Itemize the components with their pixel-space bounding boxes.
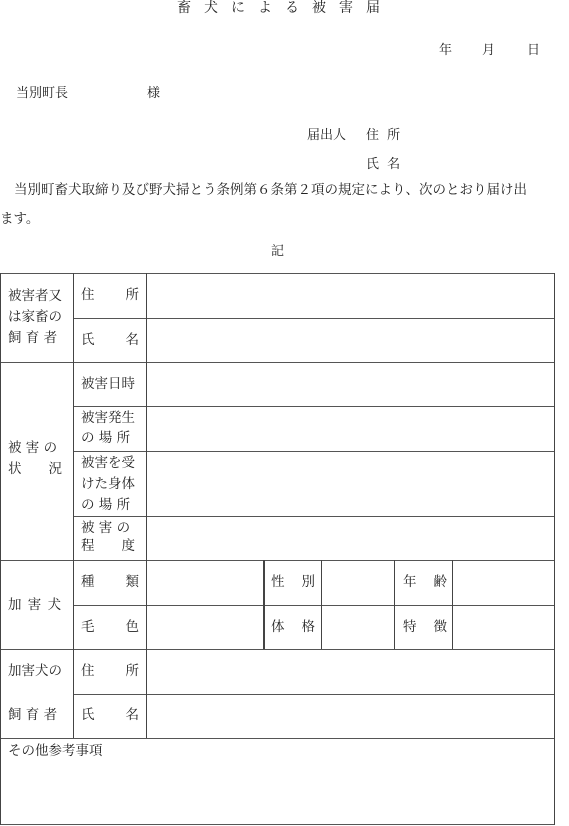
damage-degree-field[interactable] — [147, 517, 554, 560]
victim-name-field[interactable] — [147, 319, 554, 362]
dog-features-label: 特徴 — [403, 617, 447, 638]
applicant-name-label: 氏 名 — [366, 158, 400, 171]
dog-owner-group-label-line1: 加害犬の — [8, 661, 62, 682]
dog-owner-name-field[interactable] — [147, 695, 554, 738]
intro-paragraph-continued: ます。 — [0, 213, 39, 227]
dog-age-label: 年齢 — [403, 572, 447, 593]
victim-address-label: 住所 — [81, 285, 139, 306]
applicant-address-label: 住 所 — [366, 129, 400, 142]
dog-age-field[interactable] — [453, 561, 554, 605]
ki-heading: 記 — [271, 245, 284, 258]
damage-report-table: 被害者又 は家畜の 飼 育 者 住所 氏名 被 害 の 状 況 被害日時 被害発… — [0, 273, 555, 825]
dog-coat-color-label: 毛色 — [81, 617, 139, 638]
dog-owner-group-label-line2: 飼 育 者 — [8, 705, 57, 726]
dog-breed-field[interactable] — [147, 561, 263, 605]
dog-build-label: 体格 — [271, 617, 315, 638]
victim-owner-group-label: 被害者又 は家畜の 飼 育 者 — [8, 286, 68, 349]
form-title: 畜犬による被害届 — [0, 1, 563, 15]
dog-build-field[interactable] — [322, 606, 394, 649]
addressee: 当別町長 — [16, 87, 68, 100]
injured-body-part-label: 被害を受 けた身体 の 場 所 — [81, 453, 135, 516]
other-notes-label: その他参考事項 — [8, 741, 103, 762]
applicant-label: 届出人 — [307, 129, 346, 142]
dog-owner-address-label: 住所 — [81, 661, 139, 682]
honorific: 様 — [147, 87, 160, 100]
dog-owner-address-field[interactable] — [147, 650, 554, 694]
dog-owner-name-label: 氏名 — [81, 705, 139, 726]
dog-coat-color-field[interactable] — [147, 606, 263, 649]
victim-address-field[interactable] — [147, 274, 554, 318]
damage-place-label: 被害発生 の 場 所 — [81, 408, 135, 448]
dog-sex-label: 性別 — [271, 572, 315, 593]
damage-status-group-label: 被 害 の 状 況 — [8, 438, 68, 480]
dog-breed-label: 種類 — [81, 572, 139, 593]
date-month-label: 月 — [482, 44, 495, 57]
damage-place-field[interactable] — [147, 407, 554, 451]
attacking-dog-group-label: 加 害 犬 — [8, 595, 61, 616]
damage-datetime-label: 被害日時 — [81, 374, 135, 395]
victim-name-label: 氏名 — [81, 330, 139, 351]
injured-body-part-field[interactable] — [147, 452, 554, 516]
date-day-label: 日 — [527, 44, 540, 57]
dog-sex-field[interactable] — [322, 561, 394, 605]
other-notes-field[interactable] — [1, 763, 554, 823]
date-year-label: 年 — [439, 44, 452, 57]
intro-paragraph: 当別町畜犬取締り及び野犬掃とう条例第６条第２項の規定により、次のとおり届け出 — [14, 184, 527, 198]
damage-datetime-field[interactable] — [147, 363, 554, 406]
dog-features-field[interactable] — [453, 606, 554, 649]
damage-degree-label: 被 害 の 程 度 — [81, 519, 135, 555]
